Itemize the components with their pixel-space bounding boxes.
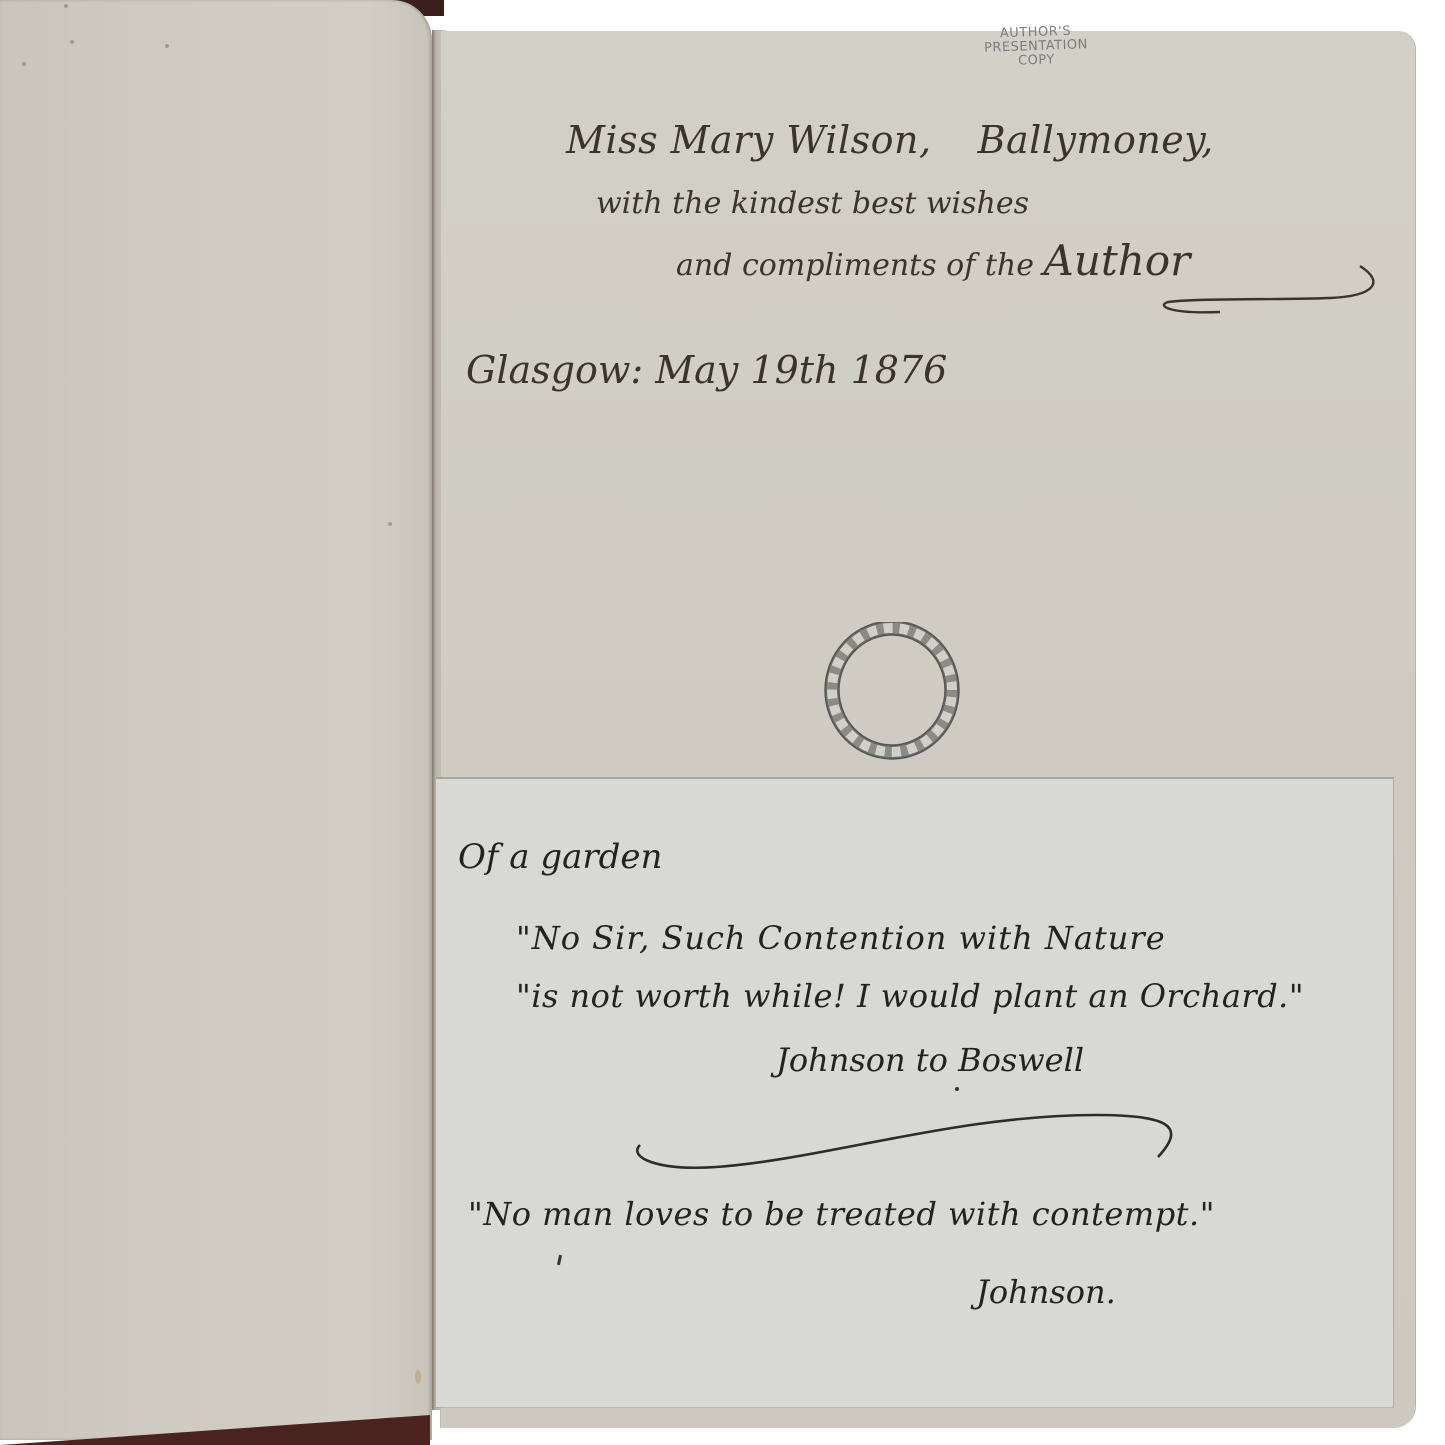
ink-mark [557, 1255, 562, 1265]
inscription-place-date: Glasgow: May 19th 1876 [466, 348, 947, 392]
left-page-blank [0, 0, 432, 1440]
quote2-attribution: Johnson. [976, 1273, 1116, 1311]
foxing-spot [388, 522, 392, 526]
signature-flourish-icon [1160, 262, 1390, 322]
quote1-line1: "No Sir, Such Contention with Nature [516, 919, 1166, 957]
stain-mark [415, 1370, 421, 1384]
swash-divider-icon [626, 1105, 1186, 1175]
inscription-recipient: Miss Mary Wilson, [566, 118, 932, 162]
quote1-attribution: Johnson to Boswell [776, 1041, 1084, 1079]
foxing-spot [70, 40, 74, 44]
foxing-spot [64, 4, 68, 8]
inscription-compliments: and compliments of the [676, 248, 1034, 283]
inscription-wishes: with the kindest best wishes [596, 186, 1029, 221]
pasted-quotation-card: Of a garden "No Sir, Such Contention wit… [436, 777, 1394, 1407]
rope-ring-illustration-icon [822, 622, 962, 762]
quote1-line2: "is not worth while! I would plant an Or… [516, 977, 1304, 1015]
inscription-recipient-line: Miss Mary Wilson,Ballymoney, [566, 118, 1214, 162]
foxing-spot [165, 44, 169, 48]
inscription-compliments-line: and compliments of the Author [676, 236, 1190, 285]
quote2: "No man loves to be treated with contemp… [468, 1195, 1215, 1233]
inscription-place: Ballymoney, [978, 118, 1214, 162]
book-photo: AUTHOR'S PRESENTATION COPY Miss Mary Wil… [0, 0, 1445, 1445]
foxing-spot [22, 62, 26, 66]
card-heading: Of a garden [458, 837, 662, 877]
pencil-note: AUTHOR'S PRESENTATION COPY [965, 24, 1106, 71]
ink-dot [955, 1087, 959, 1091]
